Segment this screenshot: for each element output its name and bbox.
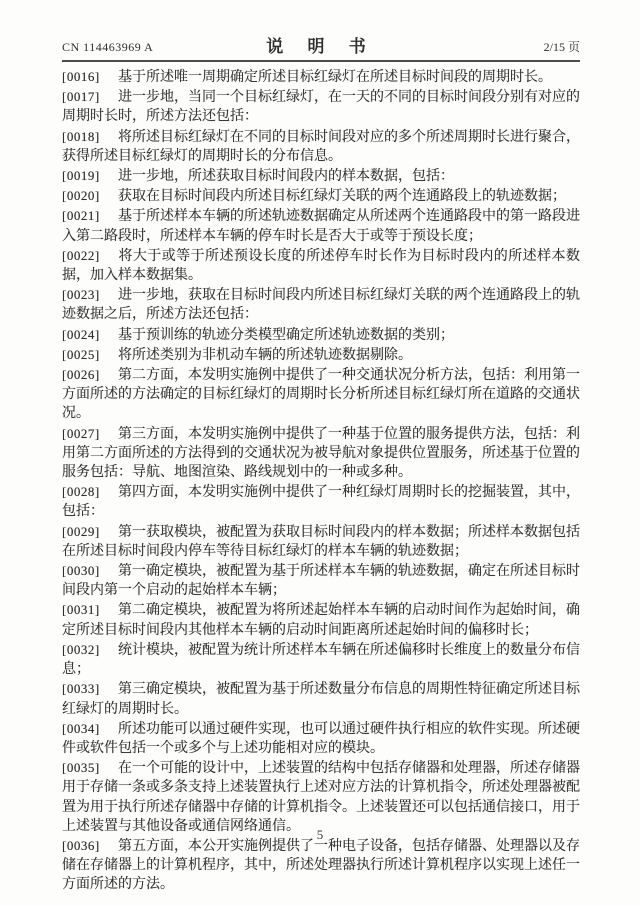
paragraph: [0020]获取在目标时间段内所述目标红绿灯关联的两个连通路段上的轨迹数据； <box>62 186 580 206</box>
paragraph-number: [0017] <box>62 87 104 106</box>
paragraph: [0018]将所述目标红绿灯在不同的目标时间段对应的多个所述周期时长进行聚合，获… <box>62 127 580 166</box>
paragraph: [0016]基于所述唯一周期确定所述目标红绿灯在所述目标时间段的周期时长。 <box>62 67 580 87</box>
paragraph: [0036]第五方面，本公开实施例提供了一种电子设备，包括存储器、处理器以及存储… <box>62 836 580 895</box>
paragraph-number: [0024] <box>62 325 104 344</box>
paragraph-number: [0018] <box>62 127 104 146</box>
paragraph-text: 第三方面，本发明实施例中提供了一种基于位置的服务提供方法，包括：利用第二方面所述… <box>62 427 580 480</box>
page-footer: 5 <box>0 827 640 843</box>
paragraph: [0023]进一步地，获取在目标时间段内所述目标红绿灯关联的两个连通路段上的轨迹… <box>62 285 580 324</box>
paragraph: [0033]第三确定模块，被配置为基于所述数量分布信息的周期性特征确定所述目标红… <box>62 679 580 718</box>
paragraph-text: 基于所述唯一周期确定所述目标红绿灯在所述目标时间段的周期时长。 <box>118 70 552 85</box>
page-indicator: 2/15 页 <box>544 38 580 55</box>
paragraph: [0031]第二确定模块，被配置为将所述起始样本车辆的启动时间作为起始时间，确定… <box>62 600 580 639</box>
sheet-number: 5 <box>317 827 324 842</box>
paragraph-text: 进一步地，所述获取目标时间段内的样本数据，包括： <box>118 169 454 184</box>
patent-specification-page: CN 114463969 A 说 明 书 2/15 页 [0016]基于所述唯一… <box>0 0 640 906</box>
paragraph-number: [0020] <box>62 186 104 205</box>
paragraph-number: [0031] <box>62 600 104 619</box>
paragraph-number: [0016] <box>62 67 104 86</box>
paragraph: [0021]基于所述样本车辆的所述轨迹数据确定从所述两个连通路段中的第一路段进入… <box>62 206 580 245</box>
paragraph: [0029]第一获取模块，被配置为获取目标时间段内的样本数据；所述样本数据包括在… <box>62 522 580 561</box>
paragraph-number: [0029] <box>62 522 104 541</box>
paragraph: [0022]将大于或等于所述预设长度的所述停车时长作为目标时段内的所述样本数据，… <box>62 246 580 285</box>
paragraph-number: [0022] <box>62 246 104 265</box>
paragraph-text: 第一获取模块，被配置为获取目标时间段内的样本数据；所述样本数据包括在所述目标时间… <box>62 525 580 559</box>
paragraph-number: [0027] <box>62 424 104 443</box>
paragraph: [0035]在一个可能的设计中，上述装置的结构中包括存储器和处理器，所述存储器用… <box>62 758 580 836</box>
paragraph-number: [0028] <box>62 482 104 501</box>
paragraph-text: 进一步地，当同一个目标红绿灯，在一天的不同的目标时间段分别有对应的周期时长时，所… <box>62 90 580 124</box>
paragraph-number: [0021] <box>62 206 104 225</box>
paragraph-text: 将大于或等于所述预设长度的所述停车时长作为目标时段内的所述样本数据，加入样本数据… <box>62 249 580 283</box>
paragraph-text: 第二方面，本发明实施例中提供了一种交通状况分析方法，包括：利用第一方面所述的方法… <box>62 368 580 421</box>
paragraph-text: 获取在目标时间段内所述目标红绿灯关联的两个连通路段上的轨迹数据； <box>118 189 566 204</box>
paragraph-number: [0026] <box>62 365 104 384</box>
paragraph-text: 第五方面，本公开实施例提供了一种电子设备，包括存储器、处理器以及存储在存储器上的… <box>62 839 580 892</box>
paragraph-number: [0023] <box>62 285 104 304</box>
page-header: CN 114463969 A 说 明 书 2/15 页 <box>62 38 580 62</box>
paragraph-text: 第一确定模块，被配置为基于所述样本车辆的轨迹数据，确定在所述目标时间段内第一个启… <box>62 564 580 598</box>
paragraph-text: 所述功能可以通过硬件实现，也可以通过硬件执行相应的软件实现。所述硬件或软件包括一… <box>62 722 580 756</box>
paragraph: [0028]第四方面，本发明实施例中提供了一种红绿灯周期时长的挖掘装置，其中，包… <box>62 482 580 521</box>
paragraph-text: 在一个可能的设计中，上述装置的结构中包括存储器和处理器，所述存储器用于存储一条或… <box>62 761 580 834</box>
paragraph-number: [0035] <box>62 758 104 777</box>
paragraph-number: [0034] <box>62 719 104 738</box>
specification-body: [0016]基于所述唯一周期确定所述目标红绿灯在所述目标时间段的周期时长。[00… <box>62 67 580 895</box>
paragraph-text: 将所述类别为非机动车辆的所述轨迹数据剔除。 <box>118 348 412 363</box>
paragraph: [0026]第二方面，本发明实施例中提供了一种交通状况分析方法，包括：利用第一方… <box>62 365 580 424</box>
paragraph-number: [0019] <box>62 166 104 185</box>
paragraph-number: [0030] <box>62 561 104 580</box>
paragraph-number: [0033] <box>62 679 104 698</box>
paragraph: [0032]统计模块，被配置为统计所述样本车辆在所述偏移时长维度上的数量分布信息… <box>62 640 580 679</box>
document-title: 说 明 书 <box>62 32 580 57</box>
paragraph: [0017]进一步地，当同一个目标红绿灯，在一天的不同的目标时间段分别有对应的周… <box>62 87 580 126</box>
paragraph-text: 将所述目标红绿灯在不同的目标时间段对应的多个所述周期时长进行聚合，获得所述目标红… <box>62 130 580 164</box>
paragraph-text: 第二确定模块，被配置为将所述起始样本车辆的启动时间作为起始时间，确定所述目标时间… <box>62 603 580 637</box>
paragraph: [0025]将所述类别为非机动车辆的所述轨迹数据剔除。 <box>62 345 580 365</box>
paragraph-text: 统计模块，被配置为统计所述样本车辆在所述偏移时长维度上的数量分布信息； <box>62 643 580 677</box>
paragraph: [0024]基于预训练的轨迹分类模型确定所述轨迹数据的类别； <box>62 325 580 345</box>
paragraph: [0027]第三方面，本发明实施例中提供了一种基于位置的服务提供方法，包括：利用… <box>62 424 580 483</box>
paragraph-text: 进一步地，获取在目标时间段内所述目标红绿灯关联的两个连通路段上的轨迹数据之后，所… <box>62 288 580 322</box>
paragraph-text: 第三确定模块，被配置为基于所述数量分布信息的周期性特征确定所述目标红绿灯的周期时… <box>62 682 580 716</box>
paragraph-text: 第四方面，本发明实施例中提供了一种红绿灯周期时长的挖掘装置，其中，包括： <box>62 485 580 519</box>
paragraph-number: [0025] <box>62 345 104 364</box>
paragraph: [0030]第一确定模块，被配置为基于所述样本车辆的轨迹数据，确定在所述目标时间… <box>62 561 580 600</box>
paragraph-text: 基于所述样本车辆的所述轨迹数据确定从所述两个连通路段中的第一路段进入第二路段时，… <box>62 209 580 243</box>
paragraph: [0019]进一步地，所述获取目标时间段内的样本数据，包括： <box>62 166 580 186</box>
paragraph-number: [0032] <box>62 640 104 659</box>
paragraph: [0034]所述功能可以通过硬件实现，也可以通过硬件执行相应的软件实现。所述硬件… <box>62 719 580 758</box>
paragraph-text: 基于预训练的轨迹分类模型确定所述轨迹数据的类别； <box>118 328 454 343</box>
